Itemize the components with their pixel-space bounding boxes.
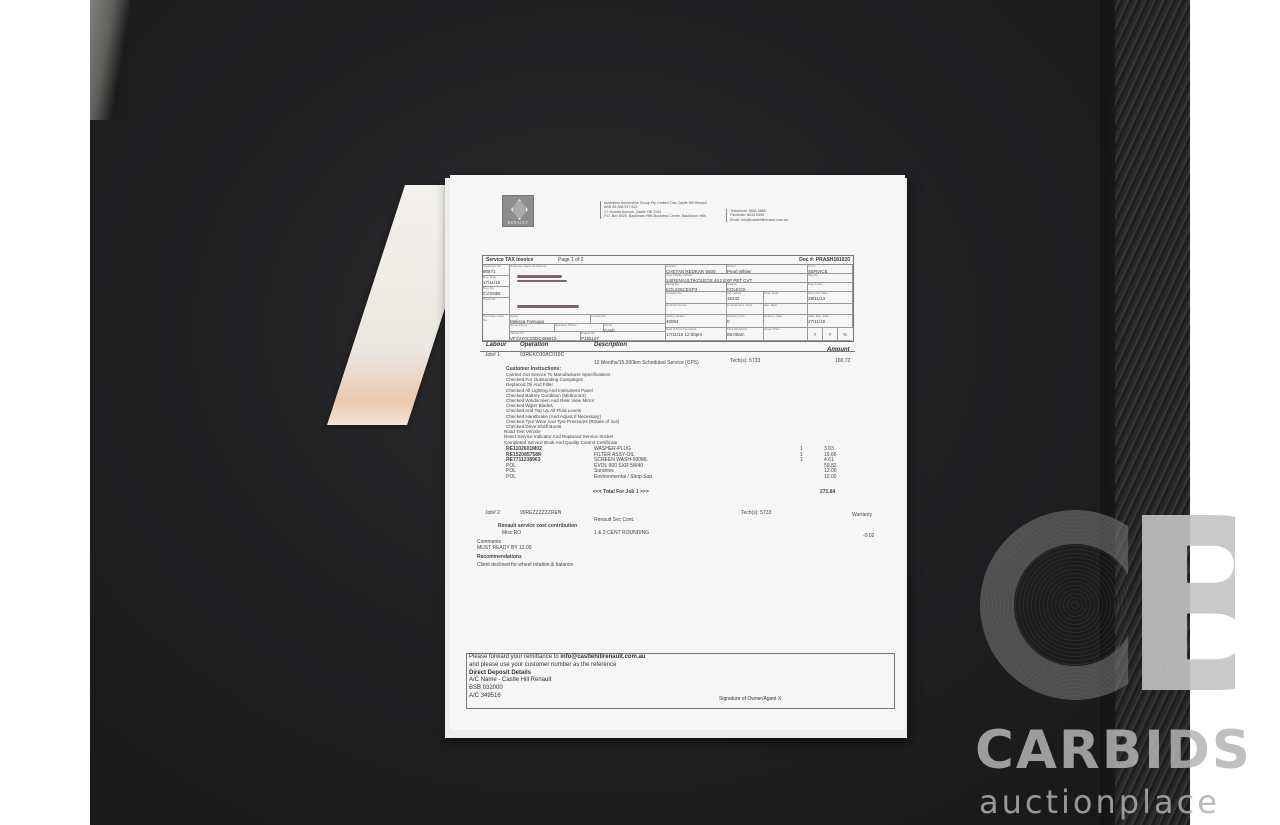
vehicle-id-cell: Vehicle IDVF1VY0C02DC486815 bbox=[510, 332, 581, 341]
date-promised-cell: Date & Time Promised17/11/15 12:00pm bbox=[666, 328, 727, 341]
part-description: Environmental / Shop Sup. bbox=[594, 474, 653, 480]
job1-code: 01REKO10AC015C bbox=[520, 352, 564, 358]
remit-line-2: and please use your customer number as t… bbox=[467, 662, 894, 670]
invoice-title: Service TAX Invoice bbox=[486, 257, 533, 263]
renault-logo: RENAULT bbox=[502, 195, 534, 227]
account-number: A/C 349516 bbox=[467, 693, 894, 701]
watermark-brand: CARBIDS bbox=[975, 720, 1252, 781]
recommendations-text: Client declined for wheel rotation & bal… bbox=[477, 562, 573, 568]
misc-code: Misc:RO bbox=[502, 530, 521, 536]
redacted-address bbox=[517, 280, 567, 282]
recommendations-label: Recommendations bbox=[477, 554, 522, 560]
job2-label: Job# 2 bbox=[485, 510, 500, 516]
service-invoice: RENAULT Australian Automotive Group Pty … bbox=[450, 175, 905, 730]
time-received-cell: Time Received08:00am bbox=[727, 328, 764, 341]
doc-number: Doc #: PRASH181020 bbox=[799, 257, 850, 263]
redacted-address-2 bbox=[517, 305, 579, 308]
job1-amount: 160.72 bbox=[835, 358, 850, 364]
invoice-header-box: Service TAX Invoice Page 1 of 2 Doc #: P… bbox=[482, 255, 854, 342]
remittance-box: Please forward your remittance to info@c… bbox=[466, 653, 895, 709]
seat-edge-left bbox=[90, 0, 130, 120]
carbids-watermark: B CARBIDS auctionplace bbox=[975, 505, 1255, 815]
misc-amount: -0.02 bbox=[863, 533, 874, 539]
bsb: BSB 032000 bbox=[467, 685, 894, 693]
flag-cell-2: Y bbox=[823, 328, 838, 341]
job2-warranty: Warranty bbox=[852, 512, 872, 518]
job1-total: 271.84 bbox=[820, 489, 835, 495]
part-amount: 12.00 bbox=[824, 474, 837, 480]
company-contact: Telephone: 8853 3885 Facsimile: 8634 630… bbox=[726, 209, 788, 222]
instruction-item: Completed Service Book And Quality Contr… bbox=[504, 440, 617, 446]
colour-cell: ColourPearl White/ bbox=[727, 265, 808, 274]
email: Email: info@castlehillrenault.com.au bbox=[730, 218, 788, 222]
stock-no-cell: Stock No. bbox=[483, 298, 510, 315]
col-operation: Operation bbox=[520, 342, 548, 350]
account-name: A/C Name - Castle Hill Renault bbox=[467, 677, 894, 685]
orig-del-date-cell: Orig. Del. Date28/11/14 bbox=[808, 292, 853, 304]
part-code: POL bbox=[506, 474, 516, 480]
job2-description: Renault Svc Cont. bbox=[594, 517, 634, 523]
year-make-model-cell: Year / Make / Model14/RENAULT/KOLEOS 4X2… bbox=[666, 274, 808, 283]
logo-text: RENAULT bbox=[503, 220, 533, 225]
direct-deposit-title: Direct Deposit Details bbox=[467, 670, 894, 678]
company-address: Australian Automotive Group Pty Limited … bbox=[600, 201, 707, 219]
job1-total-label: <<< Total For Job 1 >>> bbox=[593, 489, 649, 495]
quote-price-cell: Quote Price bbox=[764, 328, 808, 341]
flag-cell-1: Y bbox=[808, 328, 823, 341]
job2-tech: Tech(s): 5733 bbox=[741, 510, 771, 516]
col-description: Description bbox=[594, 342, 627, 350]
page-indicator: Page 1 of 2 bbox=[558, 257, 584, 263]
purchase-order-cell: Purchase Order No. bbox=[483, 315, 510, 341]
redacted-name bbox=[517, 275, 562, 278]
engine-no-cell: Engine No.P155107 bbox=[581, 332, 666, 341]
job1-tech: Tech(s): 5733 bbox=[730, 358, 760, 364]
job1-label: Job# 1 bbox=[485, 352, 500, 358]
misc-description: 1 & 2 CENT ROUNDING bbox=[594, 530, 649, 536]
flag-cell-3: N bbox=[838, 328, 852, 341]
col-labour: Labour bbox=[486, 342, 506, 350]
job1-description: 12 Months/15,000km Scheduled Service (CP… bbox=[594, 360, 699, 366]
contribution-title: Renault service cost contribution bbox=[498, 523, 577, 529]
business-phone-cell: Business Phone bbox=[555, 324, 604, 332]
signature-line: Signature of Owner/Agent X bbox=[717, 696, 781, 703]
company-po-box: P.O. Box 6025, Baulkham Hills Business C… bbox=[604, 214, 707, 218]
comments-text: MUST READY BY 12.00 bbox=[477, 545, 531, 551]
renault-diamond-icon bbox=[511, 199, 528, 220]
job2-code: 99REZZZZZZREN bbox=[520, 510, 561, 516]
terms-cell: TermsCash bbox=[604, 324, 666, 332]
part-qty: 1 bbox=[800, 457, 803, 463]
watermark-letter: B bbox=[1120, 507, 1235, 707]
watermark-subtitle: auctionplace bbox=[979, 783, 1220, 821]
remit-line-1: Please forward your remittance to info@c… bbox=[467, 654, 894, 662]
contact-no-cell: Contact No. bbox=[591, 315, 666, 324]
